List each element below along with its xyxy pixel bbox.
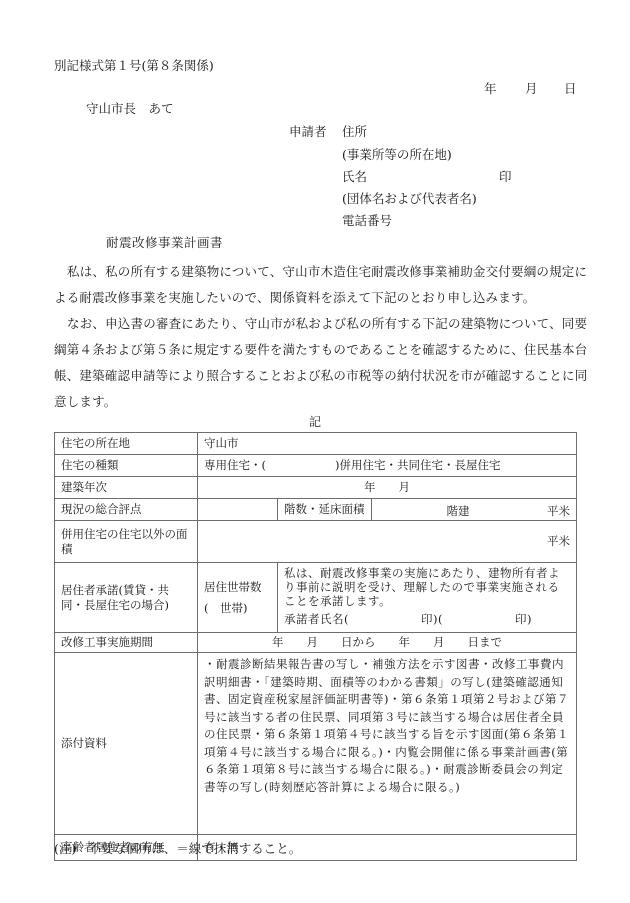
row-score: 現況の総合評点 階数・延床面積 階建 平米	[55, 499, 577, 521]
score-label: 現況の総合評点	[55, 499, 198, 521]
attachments-value: ・耐震診断結果報告書の写し・補強方法を示す図書・改修工事費内訳明細書・「建築時期…	[198, 653, 577, 835]
addressee: 守山市長 あて	[86, 103, 174, 116]
plan-table: 住宅の所在地 守山市 住宅の種類 専用住宅・( )併用住宅・共同住宅・長屋住宅 …	[54, 432, 577, 861]
consent-statement: 私は、耐震改修事業の実施にあたり、建物所有者より事前に説明を受け、理解したので事…	[284, 566, 570, 608]
document-title: 耐震改修事業計画書	[106, 237, 223, 250]
year-value[interactable]: 年 月	[198, 477, 577, 499]
households-label: 居住世帯数	[204, 580, 271, 594]
period-label: 改修工事実施期間	[55, 633, 198, 653]
applicant-seal: 印	[499, 171, 512, 184]
area-unit: 平米	[547, 504, 570, 518]
floors-value[interactable]: 階建 平米	[371, 499, 577, 521]
type-label: 住宅の種類	[55, 455, 198, 477]
consent-statement-cell: 私は、耐震改修事業の実施にあたり、建物所有者より事前に説明を受け、理解したので事…	[278, 563, 577, 633]
paragraph-application: 私は、私の所有する建築物について、守山市木造住宅耐震改修事業補助金交付要綱の規定…	[54, 259, 594, 311]
attachments-label: 添付資料	[55, 653, 198, 835]
location-value[interactable]: 守山市	[198, 433, 577, 455]
row-type: 住宅の種類 専用住宅・( )併用住宅・共同住宅・長屋住宅	[55, 455, 577, 477]
households-unit: ( 世帯)	[204, 601, 271, 615]
year-label: 建築年次	[55, 477, 198, 499]
type-value[interactable]: 専用住宅・( )併用住宅・共同住宅・長屋住宅	[198, 455, 577, 477]
households-cell[interactable]: 居住世帯数 ( 世帯)	[198, 563, 278, 633]
applicant-address-note: (事業所等の所在地)	[342, 149, 452, 162]
ki-mark: 記	[309, 416, 321, 428]
date-year: 年	[484, 83, 497, 96]
date-day: 日	[564, 83, 577, 96]
period-value[interactable]: 年 月 日から 年 月 日まで	[198, 633, 577, 653]
consent-signer[interactable]: 承諾者氏名( 印)( 印)	[284, 612, 570, 626]
nonresidential-unit[interactable]: 平米	[198, 521, 577, 563]
applicant-name: 氏名	[342, 171, 367, 184]
nonresidential-label: 併用住宅の住宅以外の面積	[55, 521, 198, 563]
form-number: 別記様式第１号(第８条関係)	[54, 60, 214, 73]
applicant-address: 住所	[342, 126, 367, 139]
applicant-label: 申請者	[289, 126, 327, 139]
score-value[interactable]	[198, 499, 278, 521]
location-label: 住宅の所在地	[55, 433, 198, 455]
row-nonresidential: 併用住宅の住宅以外の面積 平米	[55, 521, 577, 563]
footnote: (注) 不要な個所は、＝線で抹消すること。	[54, 843, 301, 856]
paragraph-consent: なお、申込書の審査にあたり、守山市が私および私の所有する下記の建築物について、同…	[54, 311, 594, 415]
row-period: 改修工事実施期間 年 月 日から 年 月 日まで	[55, 633, 577, 653]
row-attachments: 添付資料 ・耐震診断結果報告書の写し・補強方法を示す図書・改修工事費内訳明細書・…	[55, 653, 577, 835]
floors-label: 階数・延床面積	[278, 499, 372, 521]
date-month: 月	[525, 83, 538, 96]
row-location: 住宅の所在地 守山市	[55, 433, 577, 455]
row-year: 建築年次 年 月	[55, 477, 577, 499]
row-consent: 居住者承諾(賃貸・共同・長屋住宅の場合) 居住世帯数 ( 世帯) 私は、耐震改修…	[55, 563, 577, 633]
applicant-name-note: (団体名および代表者名)	[342, 193, 477, 206]
floors-unit: 階建	[447, 504, 470, 518]
consent-label: 居住者承諾(賃貸・共同・長屋住宅の場合)	[55, 563, 198, 633]
applicant-phone: 電話番号	[342, 215, 392, 228]
